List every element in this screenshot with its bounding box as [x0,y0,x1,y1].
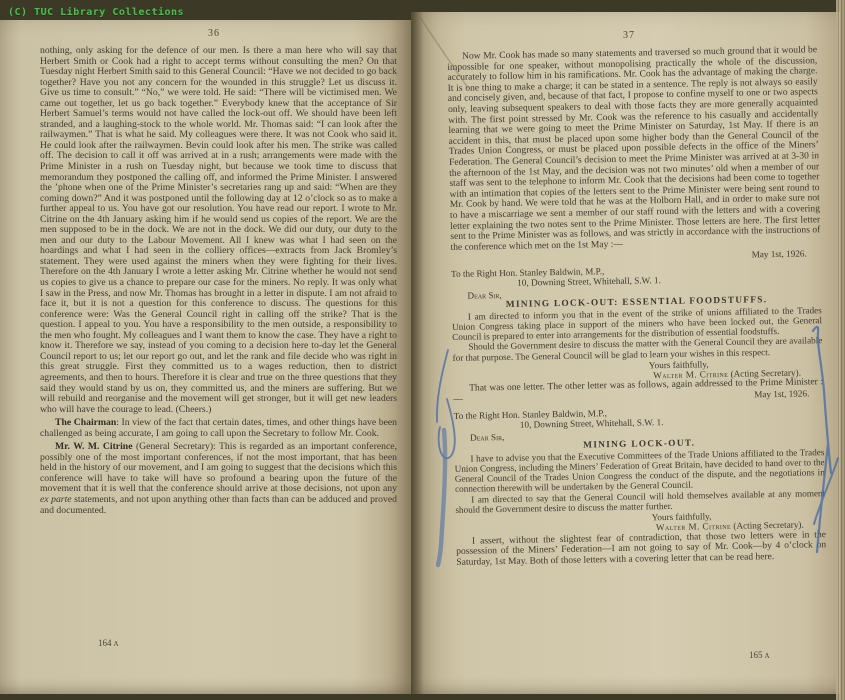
chairman-paragraph: The Chairman: In view of the fact that c… [40,418,397,439]
folio-165: 165A [749,650,770,660]
letter-mining-lockout: May 1st, 1926. To the Right Hon. Stanley… [453,389,826,537]
copyright-watermark: (C) TUC Library Collections [8,7,184,18]
letter-body-paragraph: I have to advise you that the Executive … [454,447,825,495]
citrine-paragraph: Mr. W. M. Citrine (General Secretary): T… [40,442,397,516]
page-36: 36 nothing, only asking for the defence … [0,20,411,694]
page-37-text: Now Mr. Cook has made so many statements… [447,45,826,568]
citrine-text-tail: statements, and not upon anything other … [40,494,397,516]
page-36-text: nothing, only asking for the defence of … [40,46,397,516]
speaker-citrine: Mr. W. M. Citrine [55,441,133,452]
citrine-reply-paragraph: Now Mr. Cook has made so many statements… [447,45,821,253]
book-photo: 36 nothing, only asking for the defence … [0,0,845,700]
page-number-36: 36 [208,28,220,39]
folio-164: 164A [98,638,119,648]
latin-phrase: ex parte [40,494,72,505]
page-number-37: 37 [623,30,635,41]
book-page-edges [836,0,845,700]
speaker-chairman: The Chairman [55,417,116,428]
speech-paragraph: nothing, only asking for the defence of … [40,46,397,415]
page-37: 37 Now Mr. Cook has made so many stateme… [411,12,840,694]
assertion-paragraph: I assert, without the slightest fear of … [456,530,827,569]
letter-essential-foodstuffs: May 1st, 1926. To the Right Hon. Stanley… [451,248,823,384]
